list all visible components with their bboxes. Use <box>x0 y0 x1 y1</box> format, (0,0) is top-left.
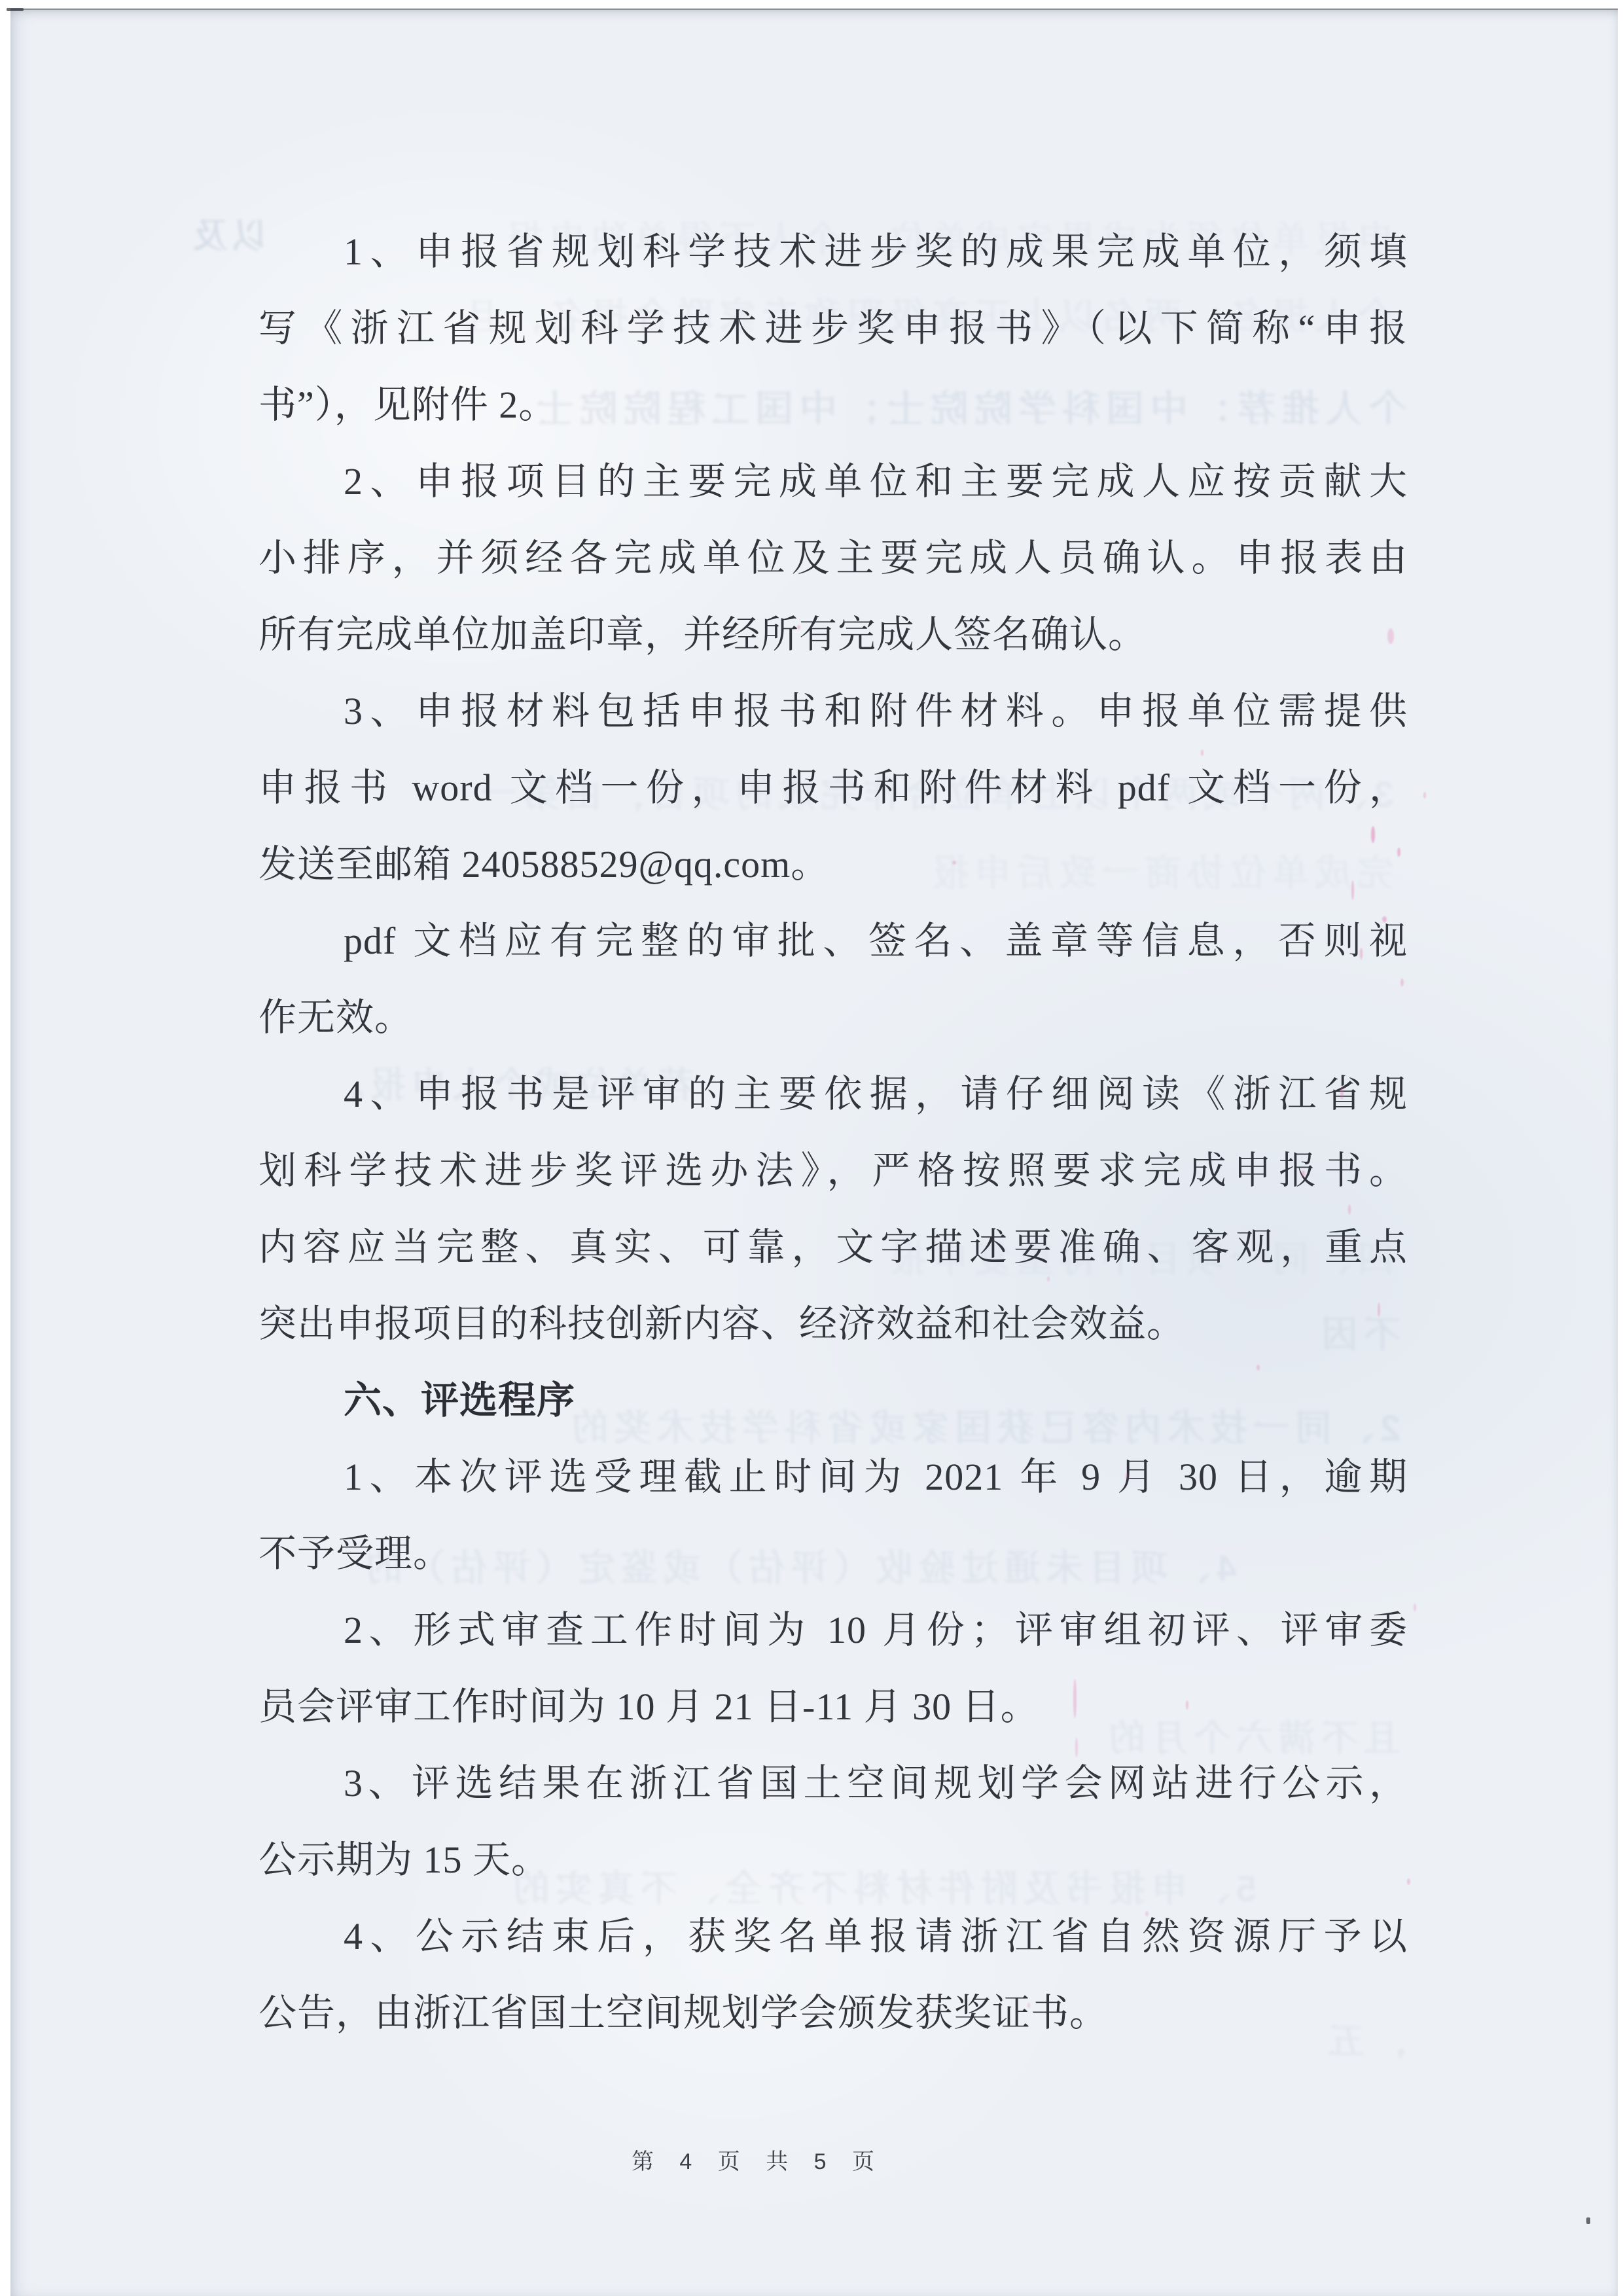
pink-scan-speck <box>1340 1086 1344 1100</box>
pink-scan-speck <box>1351 880 1354 900</box>
dark-scan-speck <box>7 8 24 11</box>
scan-top-edge-line <box>10 9 1618 10</box>
pink-scan-speck <box>1186 1700 1188 1710</box>
paragraph: 2、申报项目的主要完成单位和主要完成人应按贡献大小排序，并须经各完成单位及主要完… <box>259 443 1408 673</box>
pink-scan-speck <box>1371 826 1375 843</box>
text-line: 公示期为 15 天。 <box>259 1821 1408 1898</box>
text-line: 员会评审工作时间为 10 月 21 日-11 月 30 日。 <box>259 1668 1408 1745</box>
text-line: pdf 文档应有完整的审批、签名、盖章等信息，否则视 <box>259 903 1408 979</box>
text-line: 不予受理。 <box>259 1515 1408 1592</box>
text-line: 4、申报书是评审的主要依据，请仔细阅读《浙江省规 <box>259 1056 1408 1132</box>
scanned-page: 以及申报单位须为成果完成单位，个人不得单独申报个人提名：两名以上正高级职称专家联… <box>10 9 1618 2296</box>
text-line: 所有完成单位加盖印章，并经所有完成人签名确认。 <box>259 596 1408 673</box>
paragraph: pdf 文档应有完整的审批、签名、盖章等信息，否则视作无效。 <box>259 903 1408 1056</box>
dark-scan-speck <box>1586 2217 1590 2224</box>
pink-scan-speck <box>952 861 956 865</box>
text-line: 1、申报省规划科学技术进步奖的成果完成单位，须填 <box>259 213 1408 290</box>
text-line: 公告，由浙江省国土空间规划学会颁发获奖证书。 <box>259 1975 1408 2051</box>
pink-scan-speck <box>1382 916 1387 922</box>
paragraph: 3、申报材料包括申报书和附件材料。申报单位需提供申报书 word 文档一份，申报… <box>259 673 1408 903</box>
pink-scan-speck <box>1397 848 1400 857</box>
pink-scan-speck <box>1126 1473 1128 1479</box>
pink-scan-speck <box>797 625 800 630</box>
text-line: 4、公示结束后，获奖名单报请浙江省自然资源厅予以 <box>259 1898 1408 1975</box>
text-line: 写《浙江省规划科学技术进步奖申报书》（以下简称“申报 <box>259 290 1408 367</box>
text-line: 内容应当完整、真实、可靠，文字描述要准确、客观，重点 <box>259 1209 1408 1285</box>
paragraph: 4、公示结束后，获奖名单报请浙江省自然资源厅予以公告，由浙江省国土空间规划学会颁… <box>259 1898 1408 2051</box>
pink-scan-speck <box>1047 1276 1050 1282</box>
paragraph: 1、申报省规划科学技术进步奖的成果完成单位，须填写《浙江省规划科学技术进步奖申报… <box>259 213 1408 443</box>
text-line: 作无效。 <box>259 979 1408 1056</box>
text-line: 发送至邮箱 240588529@qq.com。 <box>259 826 1408 903</box>
pink-scan-speck <box>1360 948 1363 960</box>
section-heading: 六、评选程序 <box>259 1362 1408 1439</box>
section: 六、评选程序 <box>259 1362 1408 1439</box>
pink-scan-speck <box>1414 1604 1416 1611</box>
pink-scan-speck <box>1407 1878 1410 1885</box>
text-line: 3、申报材料包括申报书和附件材料。申报单位需提供 <box>259 673 1408 749</box>
pink-scan-speck <box>1423 792 1426 798</box>
text-line: 2、形式审查工作时间为 10 月份；评审组初评、评审委 <box>259 1592 1408 1668</box>
pink-scan-speck <box>1075 1738 1078 1757</box>
paragraph: 4、申报书是评审的主要依据，请仔细阅读《浙江省规划科学技术进步奖评选办法》，严格… <box>259 1056 1408 1362</box>
text-line: 划科学技术进步奖评选办法》，严格按照要求完成申报书。 <box>259 1132 1408 1209</box>
document-body: 1、申报省规划科学技术进步奖的成果完成单位，须填写《浙江省规划科学技术进步奖申报… <box>259 213 1408 2051</box>
paragraph: 1、本次评选受理截止时间为 2021 年 9 月 30 日，逾期不予受理。 <box>259 1439 1408 1592</box>
pink-scan-speck <box>1027 2003 1030 2008</box>
paragraph: 3、评选结果在浙江省国土空间规划学会网站进行公示，公示期为 15 天。 <box>259 1745 1408 1898</box>
pink-scan-speck <box>1387 628 1394 644</box>
text-line: 3、评选结果在浙江省国土空间规划学会网站进行公示， <box>259 1745 1408 1821</box>
pink-scan-speck <box>1348 1204 1351 1215</box>
page-number-text: 第 4 页 共 5 页 <box>632 2149 884 2174</box>
pink-scan-speck <box>1257 1365 1260 1371</box>
bleed-through-text: 以及 <box>175 208 267 254</box>
pink-scan-speck <box>1301 1170 1305 1177</box>
text-line: 1、本次评选受理截止时间为 2021 年 9 月 30 日，逾期 <box>259 1439 1408 1515</box>
pink-scan-speck <box>1073 1679 1077 1718</box>
text-line: 2、申报项目的主要完成单位和主要完成人应按贡献大 <box>259 443 1408 520</box>
text-line: 突出申报项目的科技创新内容、经济效益和社会效益。 <box>259 1285 1408 1362</box>
pink-scan-speck <box>1145 1911 1149 1916</box>
text-line: 小排序，并须经各完成单位及主要完成人员确认。申报表由 <box>259 520 1408 596</box>
page-footer: 第 4 页 共 5 页 <box>10 2144 1505 2176</box>
paragraph: 2、形式审查工作时间为 10 月份；评审组初评、评审委员会评审工作时间为 10 … <box>259 1592 1408 1745</box>
text-line: 申报书 word 文档一份，申报书和附件材料 pdf 文档一份， <box>259 749 1408 826</box>
pink-scan-speck <box>1201 749 1204 756</box>
text-line: 书”），见附件 2。 <box>259 367 1408 443</box>
pink-scan-speck <box>1400 978 1404 986</box>
pink-scan-speck <box>1378 1302 1380 1317</box>
